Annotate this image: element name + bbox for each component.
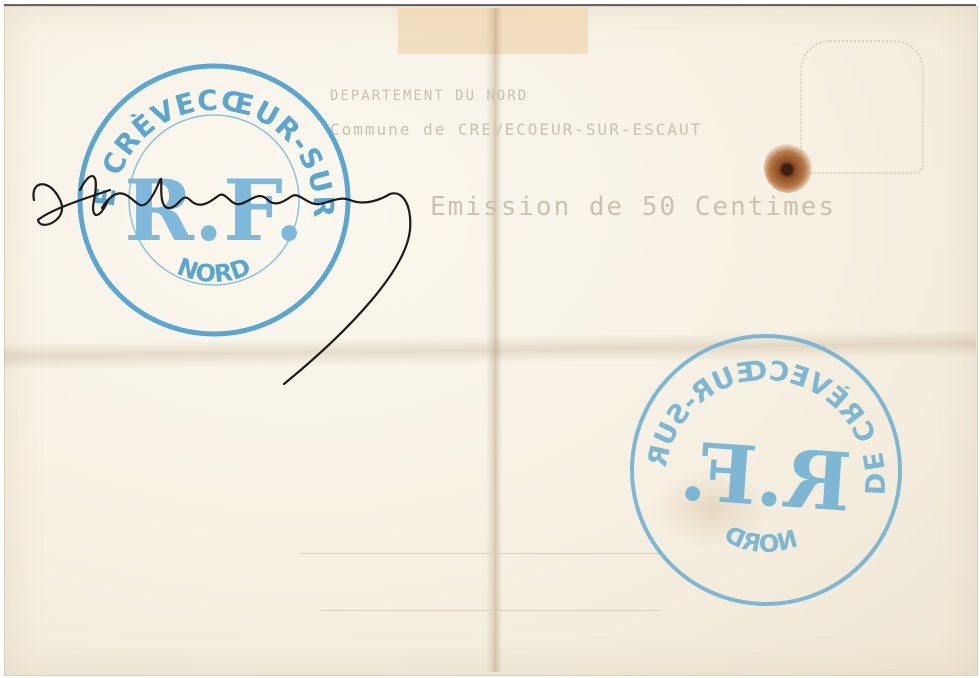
signature [30,160,430,404]
divider [300,553,660,554]
faint-print-line3: Emission de 50 Centimes [430,192,836,222]
burn-hole [764,141,812,193]
faint-print-line1: DEPARTEMENT DU NORD [330,88,528,104]
stamp-center-text: R.F. [677,424,854,530]
stamp-secondary: MAIRIE DE CRÈVECŒUR-SUR-ESCAUT NORD R.F. [617,321,916,620]
divider [320,610,660,611]
ornament [800,40,924,174]
faint-print-line2: Commune de CREVECOEUR-SUR-ESCAUT [330,120,702,139]
